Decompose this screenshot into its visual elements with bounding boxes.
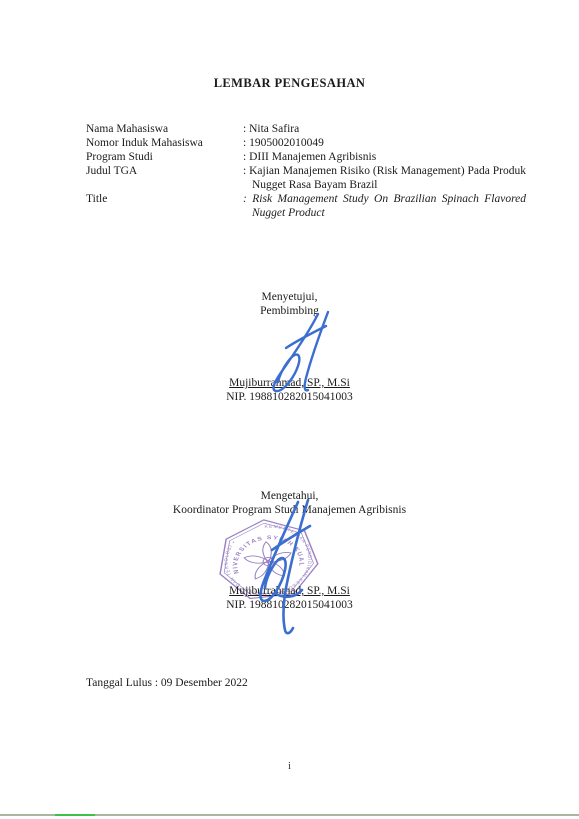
supervisor-salutation: Menyetujui, xyxy=(0,290,579,304)
student-info-fields: Nama Mahasiswa : Nita Safira Nomor Induk… xyxy=(86,122,518,220)
scan-artifact-bright-segment xyxy=(55,814,95,816)
field-value: : DIII Manajemen Agribisnis xyxy=(243,150,526,164)
field-row-program-studi: Program Studi : DIII Manajemen Agribisni… xyxy=(86,150,518,164)
field-row-title: Title : Risk Management Study On Brazili… xyxy=(86,192,518,220)
graduation-date: Tanggal Lulus : 09 Desember 2022 xyxy=(86,677,248,689)
field-value: : Risk Management Study On Brazilian Spi… xyxy=(243,192,526,220)
page-title: LEMBAR PENGESAHAN xyxy=(0,76,579,91)
field-value: : 1905002010049 xyxy=(243,136,526,150)
field-label: Title xyxy=(86,192,243,206)
scanned-document-page: LEMBAR PENGESAHAN Nama Mahasiswa : Nita … xyxy=(0,0,579,819)
field-value: : Kajian Manajemen Risiko (Risk Manageme… xyxy=(243,164,526,192)
field-row-nim: Nomor Induk Mahasiswa : 1905002010049 xyxy=(86,136,518,150)
coordinator-signature-scribble xyxy=(238,498,333,638)
field-row-judul-tga: Judul TGA : Kajian Manajemen Risiko (Ris… xyxy=(86,164,518,192)
field-label: Program Studi xyxy=(86,150,243,164)
page-number: i xyxy=(0,760,579,772)
field-row-nama: Nama Mahasiswa : Nita Safira xyxy=(86,122,518,136)
field-label: Nama Mahasiswa xyxy=(86,122,243,136)
field-label: Nomor Induk Mahasiswa xyxy=(86,136,243,150)
supervisor-signature-scribble xyxy=(256,310,348,394)
field-value: : Nita Safira xyxy=(243,122,526,136)
field-label: Judul TGA xyxy=(86,164,243,178)
